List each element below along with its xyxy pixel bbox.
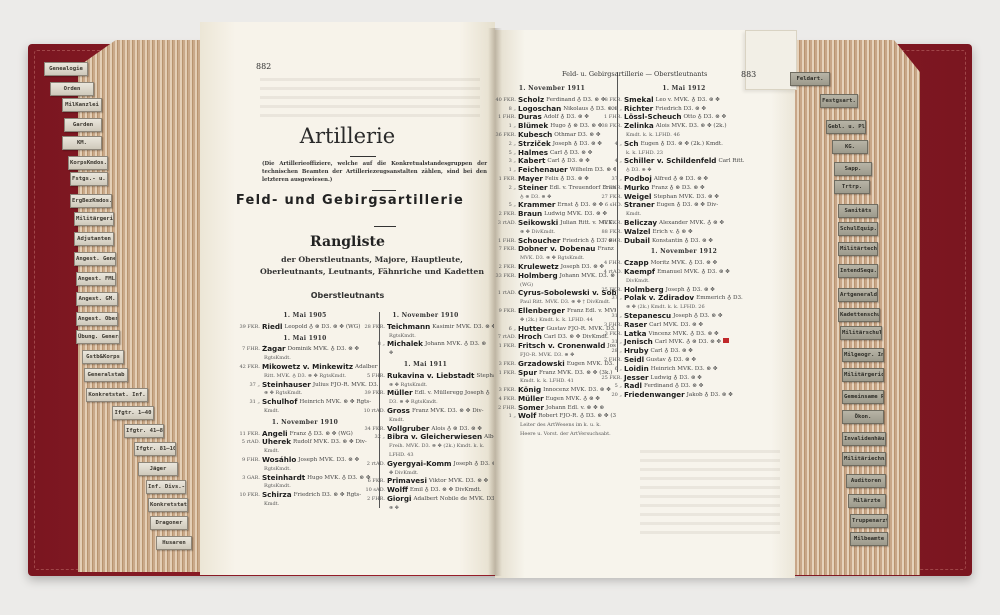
show-through-text [640,450,780,540]
divider [372,190,396,191]
unit-number: 42 FKR. [232,363,260,372]
unit-number: 2 FHR. [488,404,516,413]
unit-number: 32 „ [357,433,385,442]
unit-number: 5 rtAD. [232,438,260,447]
officer-details-continued: ⊛ ✥ [357,504,494,513]
unit-number: 6 FKR. [357,477,385,486]
index-tab[interactable]: Festgsart. [820,94,858,108]
officer-details: Konstantin ♁ D3. ⊛ ✥ [652,237,713,246]
officer-surname: Schiller v. Schildenfeld [624,157,716,166]
officer-details-continued: k. k. LFHD. 23 [594,149,774,158]
list-title: Rangliste [200,234,495,250]
unit-number: 27 FKR. [594,193,622,202]
officer-surname: Podboj [624,175,652,184]
unit-number: 39 FKR. [357,389,385,398]
officer-surname: Duras [518,113,542,122]
unit-number: 25 FKR. [594,374,622,383]
unit-number: 3 GAR. [232,474,260,483]
officer-surname: Jesser [624,374,649,383]
officer-details: Erich v. ♁ ⊛ ✥ [653,228,693,237]
officer-entry: 1 FHR.Lössl-ScheuchOtto ♁ D3. ⊛ ✥ [594,113,774,122]
officer-surname: Uherek [262,438,291,447]
officer-surname: Strziček [518,140,551,149]
index-tab[interactable]: Angest. Generale [74,252,116,266]
officer-surname: Michalek [387,340,423,349]
index-tab[interactable]: Inf. Divs.-Trp. [146,480,186,494]
officer-entry: 42 FKR.BeliczayAlexander MVK. ♁ ⊛ ✥ [594,219,774,228]
officer-surname: Vollgruber [387,425,429,434]
unit-number: 9 FKR. [488,307,516,316]
index-tab[interactable]: ErgBezKmdos. [70,194,112,208]
unit-number: 4 rtAD. [594,268,622,277]
officer-surname: Walzel [624,228,651,237]
officer-details-continued: Kmdt. [357,416,494,425]
index-tab[interactable]: MilKanzlei [62,98,102,112]
officer-details: Joseph ♁ D3. ⊛ ✥ [673,312,722,321]
unit-number: 3 FKR. [488,386,516,395]
index-tab[interactable]: Feldart. [790,72,830,86]
officer-entry: 2 FHR.SomerJohann Edl. v. ⊛ ✥ ⊛ [488,404,616,413]
index-tab[interactable]: Invalidenhäuser [842,432,886,446]
officer-surname: Krulewetz [518,263,559,272]
unit-number: 33 FKR. [488,272,516,281]
officer-details: Felix ♁ D3. ⊛ ✥ [545,175,589,184]
unit-number: 36 FKR. [488,131,516,140]
officer-details: Jakob ♁ D3. ⊛ ✥ [687,391,733,400]
officer-entry: 4 FHR.CzappMoritz MVK. ♁ D3. ⊛ ✥ [594,259,774,268]
unit-number: 5 „ [488,149,516,158]
unit-number: 2 FKR. [488,210,516,219]
officer-details: Heinrich MVK. D3. ⊛ ✥ [651,365,718,374]
officer-details-continued: Freih. MVK. D3. ⊛ ✥ (2k.) Kmdt. k. k. LF… [357,442,494,460]
officer-details: Dominik MVK. ♁ D3. ⊛ ✥ [288,345,360,354]
unit-number: 38 FKR. [594,122,622,131]
index-tab[interactable]: KG. [832,140,868,154]
officer-surname: Dobner v. Dobenau [518,245,595,254]
officer-entry: 88 FKR.WalzelErich v. ♁ ⊛ ✥ [594,228,774,237]
officer-details: Eugen MVK. ♁ ⊛ ✥ [546,395,600,404]
officer-surname: Latka [624,330,647,339]
officer-entry: 25 FKR.HolmbergJoseph ♁ D3. ⊛ ✥ [594,286,774,295]
officer-surname: Stepanescu [624,312,671,321]
index-tab[interactable]: Militäriechnisch [842,452,886,466]
officer-details: Rudolf MVK. D3. ⊛ ✥ Div- [293,438,367,447]
unit-number: 1 „ [488,122,516,131]
officer-details: Stephan MVK. D3. ⊛ ✥ [654,193,720,202]
unit-number: 1 „ [488,166,516,175]
index-tab[interactable]: Genealogie [44,62,88,76]
officer-surname: Wolf [518,412,536,421]
officer-details: Leo v. MVK. ♁ D3. ⊛ ✥ [656,96,720,105]
officer-entry: 4 „SchEugen ♁ D3. ⊛ ✥ (2k.) Kmdt. [594,140,774,149]
officer-surname: Spur [518,369,537,378]
officer-details-continued: ⊛ ✥ RgtsKmdt. [357,381,494,390]
index-tab[interactable]: Fstgs.- u. Platz Kmdos. [70,172,108,186]
index-tab[interactable]: KorpsKmdos. [68,156,108,170]
date-heading: 1. Mai 1912 [594,85,774,94]
officer-details: Carl Ritt. [718,157,744,166]
officer-details-continued: ✥ DivKmdt. [357,469,494,478]
officer-details: Joseph MVK. D3. ⊛ ✥ [298,456,359,465]
unit-number: 5 „ [594,382,622,391]
index-tab[interactable]: Auditoren [846,474,886,488]
index-tab[interactable]: IntendSequ. [838,264,878,278]
index-tab[interactable]: Ifgtr. 81—102 [134,442,176,456]
officer-entry: 6 FKR.PrimavesiViktor MVK. D3. ⊛ ✥ [357,477,494,486]
unit-number: 1 FKR. [488,369,516,378]
officer-surname: Polak v. Zdiradov [624,294,694,303]
unit-number: 2 FHR. [594,356,622,365]
officer-surname: Angeli [262,430,288,439]
officer-surname: Riedl [262,323,282,332]
index-tab[interactable]: Milgeogr. Inst. [842,348,884,362]
unit-number: 20 „ [594,391,622,400]
officer-surname: Wosáhlo [262,456,296,465]
officer-surname: Kubesch [518,131,552,140]
officer-surname: Zelinka [624,122,654,131]
officer-details: Carl MVK. ♁ ⊛ D3. ⊛ ✥ [655,338,721,347]
unit-number: 4 „ [594,157,622,166]
index-tab[interactable]: SchulEquip. [838,222,878,236]
officer-details: Vincenz MVK. ♁ D3. ⊛ ✥ [649,330,719,339]
officer-surname: Friedenwanger [624,391,685,400]
officer-surname: Lössl-Scheuch [624,113,681,122]
unit-number: 31 „ [594,338,622,347]
officer-surname: Scholz [518,96,544,105]
officer-surname: Czapp [624,259,649,268]
officer-surname: Kabert [518,157,545,166]
right-page-column-2: 1. Mai 19128 FKR.SmekalLeo v. MVK. ♁ D3.… [594,82,774,400]
unit-number: 3 FHR. [594,321,622,330]
index-tab[interactable]: KM. [62,136,102,150]
unit-number: 40 FKR. [488,96,516,105]
unit-number: 34 FKR. [357,425,385,434]
officer-surname: Dubail [624,237,650,246]
index-tab[interactable]: Kadettenschulen [838,308,880,322]
officer-entry: 7 FHR.DubailKonstantin ♁ D3. ⊛ ✥ [594,237,774,246]
unit-number: 37 „ [594,294,622,303]
officer-details: Alfred ♁ ⊛ D3. ⊛ ✥ [654,175,708,184]
officer-surname: Schirza [262,491,292,500]
officer-details: Alois ♁ ⊛ D3. ⊛ ✥ [431,425,482,434]
officer-surname: Somer [518,404,544,413]
unit-number: 2 „ [488,140,516,149]
officer-details: Edl. v. Mülleregg Joseph ♁ [415,389,490,398]
officer-surname: Richter [624,105,653,114]
unit-number: 28 „ [594,347,622,356]
officer-entry: 37 „Polak v. ZdiradovEmmerich ♁ D3. [594,294,774,303]
officer-surname: Straner [624,201,655,210]
officer-details-continued: RgtsKmdt. [357,332,494,341]
index-tab[interactable]: Jäger [138,462,178,476]
officer-surname: Mayer [518,175,543,184]
officer-details: Carl ♁ D3. ⊛ ✥ [547,157,589,166]
officer-surname: Steiner [518,184,548,193]
unit-number: 1 „ [488,412,516,421]
index-tab[interactable]: Ifgtr. 1—40 [112,406,154,420]
unit-number: 10 rtAD. [357,407,385,416]
officer-surname: Kaempf [624,268,655,277]
unit-number: 25 FKR. [594,286,622,295]
officer-surname: Feichenauer [518,166,568,175]
officer-surname: Hroch [518,333,542,342]
unit-number: 1 FKR. [488,342,516,351]
officer-entry: 31 „JenischCarl MVK. ♁ ⊛ D3. ⊛ ✥ [594,338,774,347]
index-tab[interactable]: Konkretstat. Inf. [86,388,148,402]
officer-entry: 5 „RadlFerdinand ♁ D3. ⊛ ✥ [594,382,774,391]
officer-surname: Fritsch v. Cronenwald [518,342,605,351]
index-tab[interactable]: Dragoner [150,516,188,530]
section-title: Feld- und Gebirgsartillerie [200,193,500,208]
officer-surname: Rukavina v. Liebstadt [387,372,474,381]
officer-entry: 2 FHR.GiorgiAdalbert Nobile de MVK. D3. [357,495,494,504]
index-tab[interactable]: Gebl. u. Platz Pl. [826,120,866,134]
index-tab[interactable]: Militärschulen [840,326,882,340]
officer-surname: Radl [624,382,642,391]
unit-number: 2 „ [488,184,516,193]
unit-number: 6 sHD. [594,201,622,210]
officer-surname: Krammer [518,201,555,210]
officer-entry: 1 „WolfRobert FJO-R. ♁ D3. ⊛ ✥ (3k.) [488,412,616,421]
officer-entry: 28 FKR.TeichmannKasimir MVK. D3. ⊛ ✥ [357,323,494,332]
officer-details: Carl MVK. D3. ⊛ ✥ [649,321,703,330]
divider [374,226,396,227]
officer-entry: 6 sHD.StranerEugen ♁ D3. ⊛ ✥ Div- [594,201,774,210]
unit-number: 1 FKR. [488,175,516,184]
officer-details: Eugen ♁ D3. ⊛ ✥ (2k.) Kmdt. [641,140,723,149]
index-tab[interactable]: Konkretstat. Kav. [148,498,188,512]
unit-number: 6 „ [594,365,622,374]
unit-number: 4 FHR. [594,259,622,268]
officer-entry: 27 FKR.WeigelStephan MVK. D3. ⊛ ✥ [594,193,774,202]
officer-surname: Hutter [518,325,544,334]
unit-number: 8 FKR. [594,96,622,105]
officer-details: Franz MVK. D3. ⊛ ✥ Div- [412,407,484,416]
unit-number: 3 rtAD. [488,219,516,228]
unit-number: 4 FKR. [488,395,516,404]
officer-details: Viktor MVK. D3. ⊛ ✥ [429,477,488,486]
officer-details: Emil ♁ D3. ⊛ ✥ DivKmdt. [410,486,482,495]
officer-details: Kasimir MVK. D3. ⊛ ✥ [432,323,494,332]
unit-number: 10 sAD. [357,486,385,495]
officer-details: Eugen ♁ D3. ⊛ ✥ Div- [657,201,719,210]
left-page-column-2: 1. November 191028 FKR.TeichmannKasimir … [357,309,494,513]
officer-details: Carl ♁ D3. ⊛ ✥ [550,149,592,158]
officer-surname: Schulhof [262,398,297,407]
running-head: Feld- u. Gebirgsartillerie — Oberstleutn… [562,70,707,78]
officer-surname: Žagar [262,345,286,354]
index-tab[interactable]: Orden [50,82,94,96]
officer-details: Moritz MVK. ♁ D3. ⊛ ✥ [651,259,718,268]
officer-entry: 3 FHR.RaserCarl MVK. D3. ⊛ ✥ [594,321,774,330]
show-through-text [260,78,480,123]
unit-number: 9 FHR. [232,456,260,465]
officer-entry: 10 sAD.WolffEmil ♁ D3. ⊛ ✥ DivKmdt. [357,486,494,495]
index-tab[interactable]: Angest. GM. [76,292,118,306]
officer-surname: Müller [518,395,544,404]
index-tab[interactable]: Generalstab [84,368,128,382]
index-tab[interactable]: Militärgerichte [74,212,114,226]
unit-number: 42 FKR. [594,219,622,228]
index-tab[interactable]: Sanitäts [838,204,878,218]
officer-entry: 4 „Schiller v. SchildenfeldCarl Ritt. [594,157,774,166]
officer-details: Emmerich ♁ D3. [696,294,743,303]
unit-number: 3 FKR. [488,360,516,369]
officer-entry: 28 „HrubyCarl ♁ D3. ⊛ ✥ [594,347,774,356]
officer-entry: 6 „LoidinHeinrich MVK. D3. ⊛ ✥ [594,365,774,374]
unit-number: 2 FKR. [488,263,516,272]
officer-entry: 31 „StepanescuJoseph ♁ D3. ⊛ ✥ [594,312,774,321]
officer-surname: Ellenberger [518,307,565,316]
officer-surname: Bibra v. Gleicherwiesen [387,433,482,442]
unit-number: 39 FKR. [232,323,260,332]
unit-number: 10 FKR. [232,491,260,500]
unit-number: 8 „ [357,340,385,349]
officer-entry: 34 FKR.VollgruberAlois ♁ ⊛ D3. ⊛ ✥ [357,425,494,434]
officer-surname: Giorgi [387,495,411,504]
unit-number: 28 FKR. [357,323,385,332]
officer-entry: 8 FKR.SmekalLeo v. MVK. ♁ D3. ⊛ ✥ [594,96,774,105]
officer-entry: 38 FKR.ZelinkaAlois MVK. D3. ⊛ ✥ (2k.) [594,122,774,131]
index-tab[interactable]: Milärzte [848,494,886,508]
officer-surname: Steinhardt [262,474,305,483]
officer-details-continued: Kmdt. [594,210,774,219]
index-tab[interactable]: Militärtechnisch Equip. [838,242,878,256]
officer-surname: Grzadowski [518,360,565,369]
index-tab[interactable]: Übung. Generale [76,330,120,344]
unit-number: 8 „ [488,105,516,114]
officer-surname: Mikowetz v. Minkewitz [262,363,353,372]
officer-details: Adalbert Nobile de MVK. D3. [413,495,494,504]
divider [350,156,376,157]
officer-entry: 20 „FriedenwangerJakob ♁ D3. ⊛ ✥ [594,391,774,400]
officer-entry: 37 „PodbojAlfred ♁ ⊛ D3. ⊛ ✥ [594,175,774,184]
officer-surname: Seikowski [518,219,558,228]
officer-surname: Weigel [624,193,652,202]
intro-note: (Die Artillerieoffiziere, welche auf die… [262,160,487,184]
officer-details: Joseph ♁ D3. ⊛ ✥ [666,286,715,295]
officer-surname: Holmberg [518,272,558,281]
unit-number: 1 FHR. [594,113,622,122]
index-tab[interactable]: Milbeamte [850,532,888,546]
officer-surname: Blümek [518,122,548,131]
index-tab[interactable]: Ökon. [842,410,884,424]
index-tab[interactable]: Gemeinsame Rechnung [842,390,884,404]
unit-number: 4 „ [594,140,622,149]
date-heading: 1. November 1912 [594,248,774,257]
officer-details: Carl ♁ D3. ⊛ ✥ [651,347,693,356]
officer-surname: Smekal [624,96,654,105]
officer-surname: Braun [518,210,542,219]
officer-details: Friedrich D3. ⊛ ✥ Rgts- [294,491,362,500]
officer-surname: Schoucher [518,237,560,246]
officer-entry: 39 FKR.MüllerEdl. v. Mülleregg Joseph ♁ [357,389,494,398]
officer-entry: 8 „MichalekJohann MVK. ♁ D3. ⊛ [357,340,494,349]
index-tab[interactable]: Artgeneraldirekt. [838,288,878,302]
officer-surname: Steinhauser [262,381,311,390]
unit-number: 5 FHR. [357,372,385,381]
officer-details: Friedrich D3. ⊛ ✥ [655,105,706,114]
unit-number: 5 „ [488,201,516,210]
unit-number: 7 rtAD. [488,333,516,342]
unit-number: 7 FHR. [232,345,260,354]
officer-details: Johann MVK. ♁ D3. ⊛ [425,340,486,349]
unit-number: 37 „ [232,381,260,390]
index-tab[interactable]: Angest. FML. [76,272,116,286]
officer-surname: Teichmann [387,323,430,332]
officer-surname: Loidin [624,365,649,374]
unit-number: 2 FHR. [357,495,385,504]
officer-surname: Seidl [624,356,644,365]
officer-details: Gustav ♁ D3. ⊛ ✥ [646,356,696,365]
unit-number: 3 FKR. [594,330,622,339]
officer-details-continued: ✥ [357,349,494,358]
officer-entry: 32 „Bibra v. GleicherwiesenAlbert [357,433,494,442]
officer-details-continued: ♁ D3. ⊛ ✥ [594,166,774,175]
unit-number: 2 rtAD. [357,460,385,469]
unit-number: 2 FHR. [594,184,622,193]
index-tab[interactable]: Trtrp. [834,180,870,194]
unit-number: 7 FKR. [488,245,516,254]
officer-entry: 10 rtAD.GrossFranz MVK. D3. ⊛ ✥ Div- [357,407,494,416]
officer-surname: Sch [624,140,639,149]
officer-surname: Holmberg [624,286,664,295]
index-tab[interactable]: Truppenarzt [850,514,888,528]
officer-entry: 25 FKR.JesserLudwig ♁ D3. ⊛ ✥ [594,374,774,383]
list-subtitle: der Oberstleutnants, Majore, Hauptleute,… [252,254,492,278]
officer-details: Leopold ♁ ⊛ D3. ⊛ ✥ (WG) [284,323,360,332]
officer-surname: Primavesi [387,477,427,486]
officer-surname: Hruby [624,347,649,356]
officer-details: Joseph ♁ D3. ⊛ [454,460,495,469]
officer-entry: 4 rtAD.KaempfEmanuel MVK. ♁ D3. ⊛ ✥ [594,268,774,277]
date-heading: 1. November 1910 [357,312,494,321]
officer-details: Johann Edl. v. ⊛ ✥ ⊛ [546,404,604,413]
index-tab[interactable]: Garden [64,118,102,132]
unit-number: 3 „ [488,157,516,166]
date-heading: 1. Mai 1911 [357,361,494,370]
officer-surname: Gross [387,407,410,416]
officer-details: Adolf ♁ D3. ⊛ ✥ [544,113,589,122]
officer-surname: Gyergyai-Komm [387,460,452,469]
unit-number: 88 FKR. [594,228,622,237]
officer-surname: Raser [624,321,647,330]
officer-details: Alois MVK. D3. ⊛ ✥ (2k.) [656,122,727,131]
officer-details: Ludwig ♁ D3. ⊛ ✥ [651,374,702,383]
page-number-right: 883 [741,70,756,79]
index-tab[interactable]: Angest. Oberste [76,312,118,326]
officer-entry: 2 rtAD.Gyergyai-KommJoseph ♁ D3. ⊛ [357,460,494,469]
unit-number: 11 FKR. [232,430,260,439]
index-tab[interactable]: Militärgerichte [842,368,884,382]
page-number-left: 882 [256,62,271,71]
officer-entry: 3 FKR.LatkaVincenz MVK. ♁ D3. ⊛ ✥ [594,330,774,339]
officer-details: Emanuel MVK. ♁ D3. ⊛ ✥ [657,268,730,277]
unit-number: 1 FHR. [488,113,516,122]
index-tab[interactable]: Gstb&Korps [82,350,124,364]
officer-details: Franz ♁ ⊛ D3. ⊛ ✥ [651,184,704,193]
officer-details: Alexander MVK. ♁ ⊛ ✥ [659,219,724,228]
index-tab[interactable]: Husaren [156,536,192,550]
unit-number: 1 FHR. [488,237,516,246]
officer-surname: Murko [624,184,649,193]
index-tab[interactable]: Adjutanten [74,232,114,246]
officer-surname: Halmes [518,149,548,158]
index-tab[interactable]: Ifgtr. 41—80 [124,424,164,438]
officer-entry: 2 FHR.SeidlGustav ♁ D3. ⊛ ✥ [594,356,774,365]
index-tab[interactable]: Sapp. [834,162,872,176]
officer-surname: Logoschan [518,105,561,114]
